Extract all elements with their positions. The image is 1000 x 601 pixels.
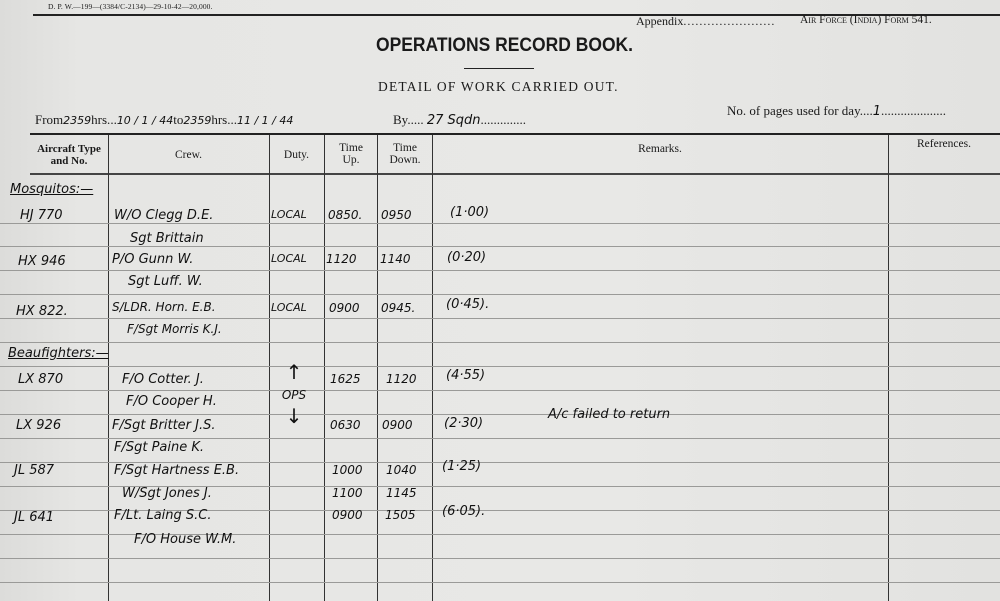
crew-member: F/Sgt Paine K. [114, 440, 204, 455]
time-up: 1120 [326, 252, 357, 266]
time-down: 0950 [381, 208, 412, 222]
crew-member: Sgt Brittain [130, 231, 204, 246]
time-down: 1120 [386, 372, 417, 386]
to-date: 11 / 1 / 44 [237, 114, 293, 127]
ruled-line [0, 366, 1000, 367]
crew-member: F/O House W.M. [134, 532, 236, 547]
crew-member: F/O Cotter. J. [122, 372, 204, 387]
crew-member: F/Sgt Britter J.S. [112, 418, 216, 433]
header-remarks: Remarks. [432, 143, 888, 155]
ruled-line [0, 342, 1000, 343]
print-reference: D. P. W.—199—(3384/C-2134)—29-10-42—20,0… [48, 2, 213, 11]
crew-member: F/Sgt Morris K.J. [127, 322, 222, 336]
col-divider [377, 135, 378, 601]
duty: LOCAL [271, 301, 307, 314]
ruled-line [0, 390, 1000, 391]
col-divider [888, 135, 889, 601]
pages-label: No. of pages used for day [727, 103, 860, 118]
aircraft-number: HX 822. [16, 304, 68, 319]
pages-value: 1 [873, 104, 881, 119]
ruled-line [0, 558, 1000, 559]
time-down: 1040 [386, 463, 417, 477]
header-references: References. [888, 138, 1000, 150]
remark: A/c failed to return [548, 407, 670, 422]
time-up: 1100 [332, 486, 363, 500]
squadron-value: 27 Sqdn [427, 113, 481, 128]
ruled-line [0, 438, 1000, 439]
time-up: 0850. [328, 208, 362, 222]
time-up: 1000 [332, 463, 363, 477]
ruled-line [0, 223, 1000, 224]
page-subtitle: DETAIL OF WORK CARRIED OUT. [378, 79, 619, 95]
from-label: From [35, 112, 63, 127]
duty: LOCAL [271, 252, 307, 265]
col-divider [269, 135, 270, 601]
table-top-rule [30, 133, 1000, 135]
time-up: 1625 [330, 372, 361, 386]
duration: (1·25) [442, 459, 481, 474]
col-divider [432, 135, 433, 601]
duration: (6·05). [442, 504, 485, 519]
by-field: By..... 27 Sqdn.............. [393, 112, 526, 128]
aircraft-number: LX 870 [18, 372, 63, 387]
header-crew: Crew. [108, 149, 269, 161]
appendix-field: Appendix....................... [636, 14, 775, 29]
hrs-label: hrs. [211, 112, 230, 127]
ruled-line [0, 294, 1000, 295]
group-label-mosquitos: Mosquitos:— [10, 182, 93, 197]
duration: (4·55) [446, 368, 485, 383]
crew-member: W/Sgt Jones J. [122, 486, 212, 501]
crew-member: F/Sgt Hartness E.B. [114, 463, 239, 478]
pages-used-field: No. of pages used for day....1..........… [727, 103, 946, 119]
duration: (2·30) [444, 416, 483, 431]
to-time: 2359 [183, 114, 211, 127]
appendix-label: Appendix [636, 14, 683, 28]
header-duty: Duty. [269, 149, 324, 161]
arrow-down-icon: ↓ [280, 406, 308, 426]
time-down: 1145 [386, 486, 417, 500]
crew-member: S/LDR. Horn. E.B. [112, 300, 216, 314]
time-down: 1140 [380, 252, 411, 266]
crew-member: P/O Gunn W. [112, 252, 193, 267]
record-page: D. P. W.—199—(3384/C-2134)—29-10-42—20,0… [0, 0, 1000, 601]
crew-member: W/O Clegg D.E. [114, 208, 213, 223]
from-time: 2359 [63, 114, 91, 127]
crew-member: Sgt Luff. W. [128, 274, 203, 289]
crew-member: F/Lt. Laing S.C. [114, 508, 212, 523]
aircraft-number: JL 587 [14, 463, 54, 478]
ruled-line [0, 318, 1000, 319]
duty: LOCAL [271, 208, 307, 221]
col-divider [324, 135, 325, 601]
duration: (1·00) [450, 205, 489, 220]
from-date: 10 / 1 / 44 [117, 114, 173, 127]
col-divider [108, 135, 109, 601]
ruled-line [0, 270, 1000, 271]
duration: (0·20) [447, 250, 486, 265]
aircraft-number: JL 641 [14, 510, 54, 525]
title-underline [464, 68, 534, 69]
aircraft-number: LX 926 [16, 418, 61, 433]
page-title: OPERATIONS RECORD BOOK. [376, 35, 633, 57]
ruled-line [0, 582, 1000, 583]
time-up: 0630 [330, 418, 361, 432]
time-down: 0945. [381, 301, 415, 315]
time-down: 0900 [382, 418, 413, 432]
ops-duty-label: OPS [280, 388, 308, 402]
ruled-line [0, 414, 1000, 415]
duration: (0·45). [446, 297, 489, 312]
date-range: From2359hrs...10 / 1 / 44to2359hrs...11 … [35, 112, 293, 128]
aircraft-number: HJ 770 [20, 208, 63, 223]
ruled-line [0, 246, 1000, 247]
by-label: By [393, 112, 407, 127]
to-label: to [173, 112, 183, 127]
crew-member: F/O Cooper H. [126, 394, 217, 409]
time-up: 0900 [332, 508, 363, 522]
ops-duty-bracket: ↑ OPS ↓ [280, 362, 308, 426]
aircraft-number: HX 946 [18, 254, 66, 269]
header-time-down: Time Down. [380, 142, 430, 166]
header-bottom-rule [30, 173, 1000, 175]
form-name: Air Force (India) Form 541. [800, 14, 932, 26]
group-label-beaufighters: Beaufighters:— [8, 346, 109, 361]
hrs-label: hrs. [91, 112, 110, 127]
time-up: 0900 [329, 301, 360, 315]
time-down: 1505 [385, 508, 416, 522]
arrow-up-icon: ↑ [280, 362, 308, 382]
header-time-up: Time Up. [330, 142, 372, 166]
header-aircraft: Aircraft Type and No. [30, 143, 108, 167]
